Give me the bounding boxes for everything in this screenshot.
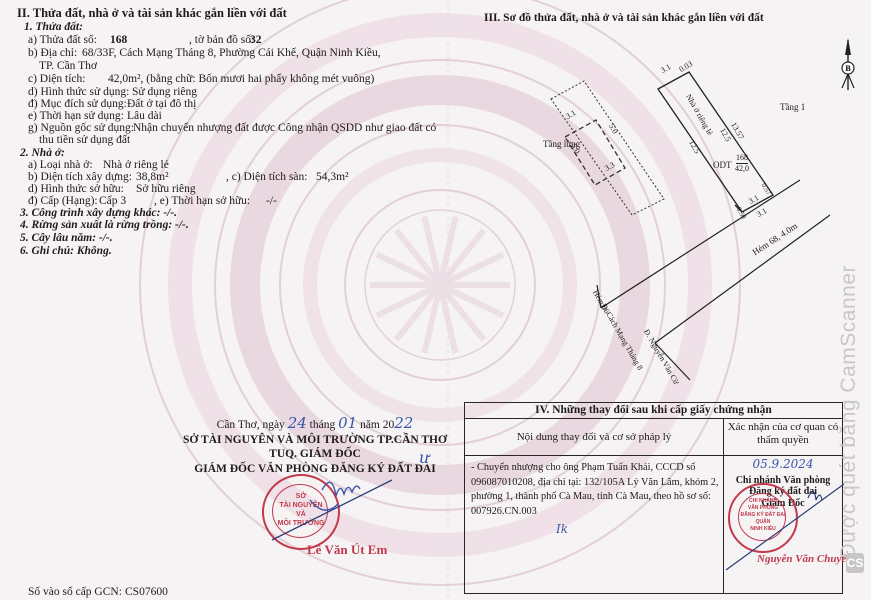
changes-col-confirm-header: Xác nhận của cơ quan có thẩm quyền [724,421,842,447]
section-4-title: IV. Những thay đổi sau khi cấp giấy chứn… [465,403,842,419]
change-content: - Chuyển nhượng cho ông Phạm Tuấn Khải, … [471,461,719,519]
changes-col-content-header: Nội dung thay đổi và cơ sở pháp lý [465,431,723,443]
floor-1-label: Tầng 1 [780,100,805,114]
diagram-parcel-area: 42,0 [735,164,749,174]
camscanner-watermark: Được quét bằng CamScanner [837,265,861,559]
svg-text:B: B [845,64,851,73]
camscanner-icon: CS [846,553,864,573]
changes-header-row: Nội dung thay đổi và cơ sở pháp lý Xác n… [465,419,842,456]
parcel-code: ODT [713,158,732,172]
diagram-parcel-number: 168 [736,153,748,164]
content-initial: Ik [556,522,568,536]
